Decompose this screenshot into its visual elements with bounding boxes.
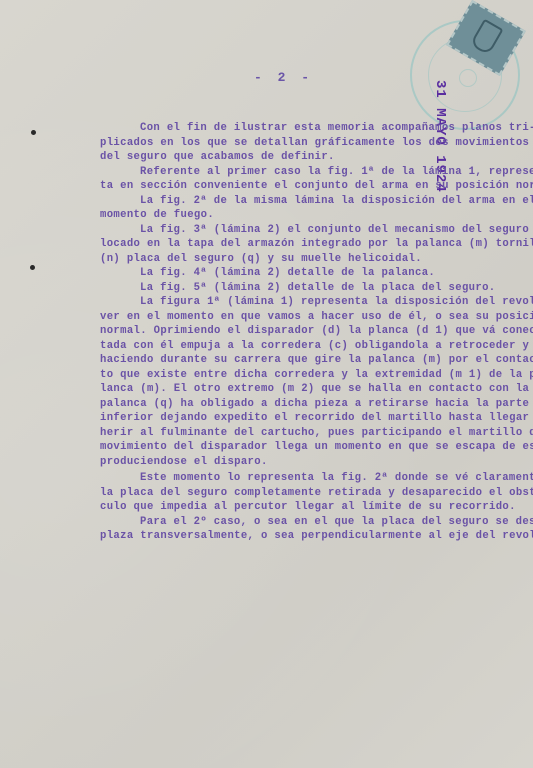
text-line: (n) placa del seguro (q) y su muelle hel…	[100, 252, 422, 266]
text-line: La figura 1ª (lámina 1) representa la di…	[140, 295, 533, 309]
text-line: tada con él empuja a la corredera (c) ob…	[100, 339, 529, 353]
text-line: plicados en los que se detallan gráficam…	[100, 136, 529, 150]
seal-emblem-icon	[459, 69, 477, 87]
text-line: ta en sección conveniente el conjunto de…	[100, 179, 533, 193]
text-line: del seguro que acabamos de definir.	[100, 150, 335, 164]
punch-hole-mark	[31, 130, 36, 135]
page-number: - 2 -	[254, 70, 313, 85]
document-page: 31 MAYO 1924 - 2 - Con el fin de ilustra…	[0, 0, 533, 768]
text-line: haciendo durante su carrera que gire la …	[100, 353, 533, 367]
text-line: locado en la tapa del armazón integrado …	[100, 237, 533, 251]
text-line: Referente al primer caso la fig. 1ª de l…	[140, 165, 533, 179]
text-line: normal. Oprimiendo el disparador (d) la …	[100, 324, 533, 338]
text-line: lanca (m). El otro extremo (m 2) que se …	[100, 382, 529, 396]
coat-of-arms-icon	[469, 19, 503, 56]
punch-hole-mark	[30, 265, 35, 270]
text-line: to que existe entre dicha corredera y la…	[100, 368, 533, 382]
text-line: la placa del seguro completamente retira…	[100, 486, 533, 500]
text-line: La fig. 2ª de la misma lámina la disposi…	[140, 194, 533, 208]
text-line: ver en el momento en que vamos a hacer u…	[100, 310, 533, 324]
text-line: Este momento lo representa la fig. 2ª do…	[140, 471, 533, 485]
text-line: plaza transversalmente, o sea perpendicu…	[100, 529, 533, 543]
text-line: La fig. 5ª (lámina 2) detalle de la plac…	[140, 281, 496, 295]
text-line: produciendose el disparo.	[100, 455, 268, 469]
text-line: herir al fulminante del cartucho, pues p…	[100, 426, 533, 440]
text-line: La fig. 4ª (lámina 2) detalle de la pala…	[140, 266, 435, 280]
text-line: Con el fin de ilustrar esta memoria acom…	[140, 121, 533, 135]
text-line: movimiento del disparador llega un momen…	[100, 440, 533, 454]
text-line: Para el 2º caso, o sea en el que la plac…	[140, 515, 533, 529]
text-line: inferior dejando expedito el recorrido d…	[100, 411, 533, 425]
text-line: palanca (q) ha obligado a dicha pieza a …	[100, 397, 529, 411]
text-line: culo que impedia al percutor llegar al l…	[100, 500, 516, 514]
text-line: momento de fuego.	[100, 208, 214, 222]
text-line: La fig. 3ª (lámina 2) el conjunto del me…	[140, 223, 533, 237]
